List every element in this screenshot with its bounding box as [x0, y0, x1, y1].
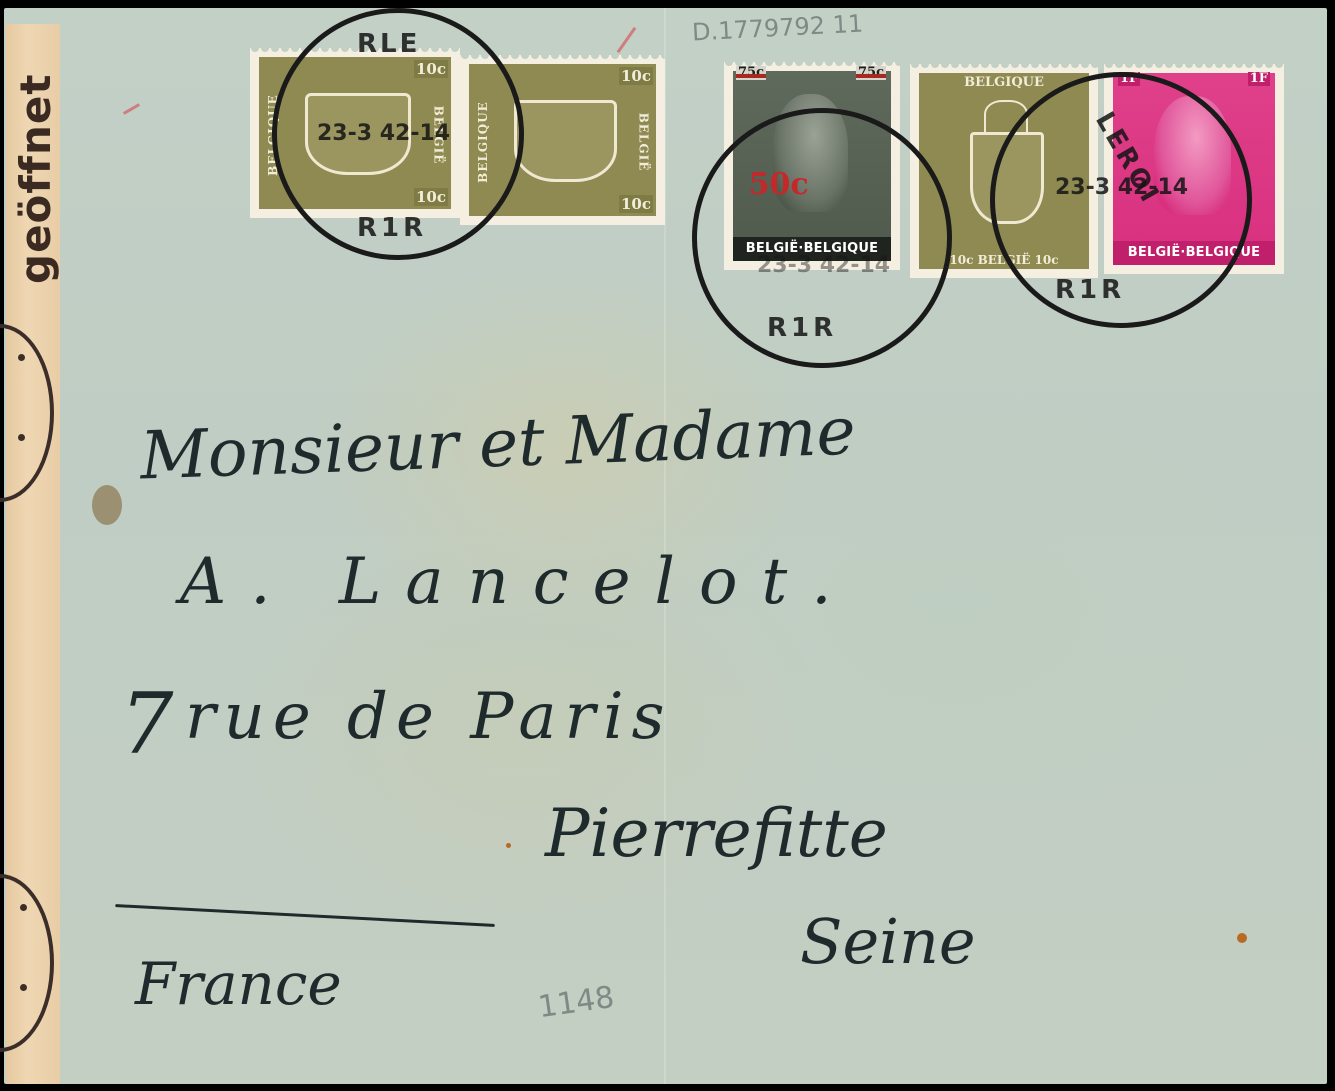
postmark-charleroi-3: LEROI 23-3 42-14 R1R	[990, 72, 1252, 328]
postmark-date: 23-3 42-14	[1055, 175, 1188, 200]
address-line-country: France	[135, 950, 342, 1018]
censor-stamp-circle	[0, 324, 54, 502]
stamp-value: 10c	[619, 195, 653, 213]
postmark-code: R1R	[1055, 275, 1125, 305]
censor-stamp-dot	[18, 434, 25, 441]
censor-label: geöffnet	[16, 84, 56, 284]
postmark-date: 23-3 42-14	[317, 121, 450, 146]
stamp-country: BELGIË	[637, 113, 651, 172]
censor-stamp-dot	[20, 904, 27, 911]
rust-spot	[1237, 933, 1247, 943]
stamp-value: 10c	[619, 67, 653, 85]
postmark-town: RLE	[357, 29, 420, 59]
address-line-name: A. Lancelot.	[180, 545, 856, 619]
postmark-code: R1R	[767, 313, 837, 343]
address-line-street: rue de Paris	[185, 680, 672, 754]
censor-stamp-circle	[0, 874, 54, 1052]
stamp-original-value: 75c	[856, 66, 886, 80]
censor-strip: geöffnet	[6, 24, 60, 1084]
censor-stamp-dot	[18, 354, 25, 361]
postmark-charleroi-1: RLE 23-3 42-14 R1R	[272, 8, 524, 260]
postmark-date: 23-3 42-14	[757, 253, 890, 278]
rust-spot	[506, 843, 511, 848]
lion-emblem	[514, 100, 617, 182]
postmark-charleroi-2: 23-3 42-14 R1R	[692, 108, 952, 368]
address-line-department: Seine	[800, 905, 976, 978]
stamp-value: 1F	[1248, 72, 1270, 86]
stain	[92, 485, 122, 525]
postmark-code: R1R	[357, 213, 427, 243]
stamp-original-value: 75c	[736, 66, 766, 80]
address-line-town: Pierrefitte	[545, 795, 888, 872]
address-street-number: 7	[120, 675, 173, 773]
censor-stamp-dot	[20, 984, 27, 991]
